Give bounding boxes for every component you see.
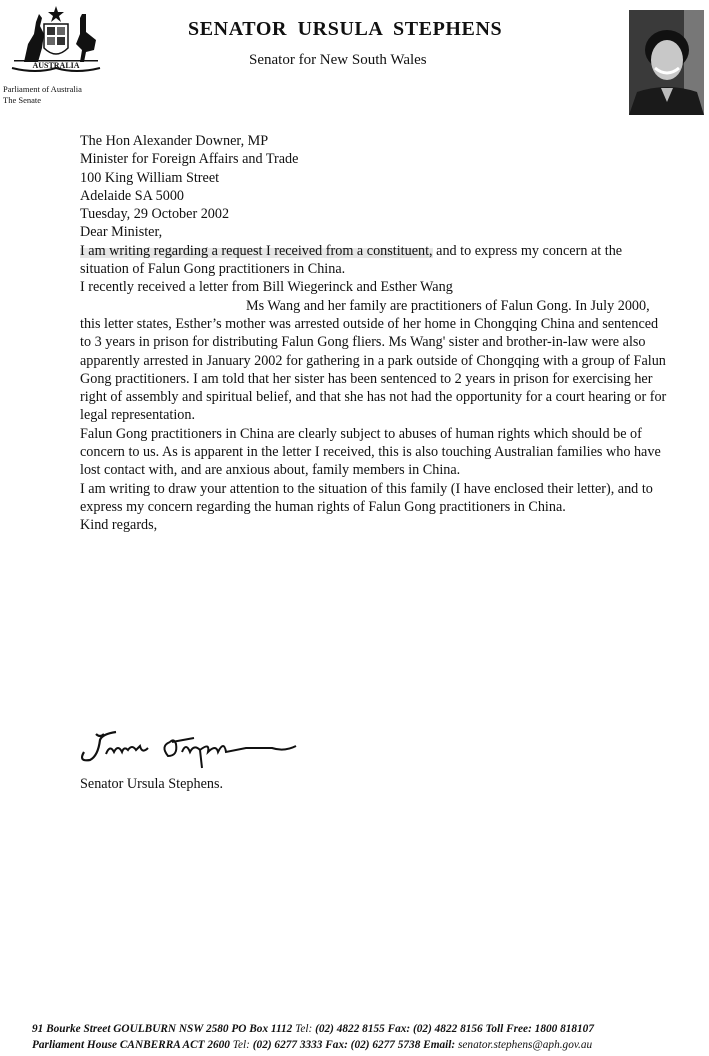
portrait-photo-icon [629,10,704,115]
paragraph-1: I am writing regarding a request I recei… [80,242,670,279]
signatory-name: Senator Ursula Stephens. [80,776,223,793]
highlighted-text: I am writing regarding a request I recei… [80,243,433,259]
email-label: Email: [423,1039,455,1051]
paragraph-2: I recently received a letter from Bill W… [80,278,670,424]
canberra-tel: (02) 6277 3333 [250,1039,325,1051]
letterhead-subtitle: Senator for New South Wales [249,52,427,69]
fax-label: Fax: [325,1039,348,1051]
paragraph-3: Falun Gong practitioners in China are cl… [80,425,670,480]
recipient-address: The Hon Alexander Downer, MP Minister fo… [80,132,670,205]
email-link[interactable]: senator.stephens@aph.gov.au [455,1039,592,1051]
toll-free-number: 1800 818107 [532,1023,594,1035]
recipient-title: Minister for Foreign Affairs and Trade [80,150,670,168]
letter-body: The Hon Alexander Downer, MP Minister fo… [80,132,670,535]
closing: Kind regards, [80,516,670,534]
recipient-street: 100 King William Street [80,169,670,187]
parliament-label: Parliament of Australia [3,84,82,95]
canberra-address: Parliament House CANBERRA ACT 2600 [32,1039,233,1051]
recipient-name: The Hon Alexander Downer, MP [80,132,670,150]
recipient-city: Adelaide SA 5000 [80,187,670,205]
canberra-fax: (02) 6277 5738 [348,1039,423,1051]
tel-label: Tel: [295,1023,312,1035]
footer-goulburn: 91 Bourke Street GOULBURN NSW 2580 PO Bo… [32,1021,594,1037]
goulburn-address: 91 Bourke Street GOULBURN NSW 2580 PO Bo… [32,1023,295,1035]
letter-date: Tuesday, 29 October 2002 [80,205,670,223]
coat-of-arms-icon: AUSTRALIA [6,4,102,66]
goulburn-fax: (02) 4822 8156 [410,1023,485,1035]
paragraph-2-rest: Ms Wang and her family are practitioners… [80,297,670,425]
footer-canberra: Parliament House CANBERRA ACT 2600 Tel: … [32,1037,594,1053]
goulburn-tel: (02) 4822 8155 [312,1023,387,1035]
crest-caption: Parliament of Australia The Senate [3,84,82,106]
fax-label: Fax: [388,1023,411,1035]
paragraph-2-line1: I recently received a letter from Bill W… [80,278,670,296]
tel-label: Tel: [233,1039,250,1051]
paragraph-4: I am writing to draw your attention to t… [80,480,670,517]
salutation: Dear Minister, [80,223,670,241]
senate-label: The Senate [3,95,82,106]
letterhead-footer: 91 Bourke Street GOULBURN NSW 2580 PO Bo… [32,1021,594,1053]
handwritten-signature-icon [76,726,326,776]
letterhead-title: SENATOR URSULA STEPHENS [188,18,502,41]
svg-text:AUSTRALIA: AUSTRALIA [32,61,79,70]
toll-free-label: Toll Free: [486,1023,532,1035]
